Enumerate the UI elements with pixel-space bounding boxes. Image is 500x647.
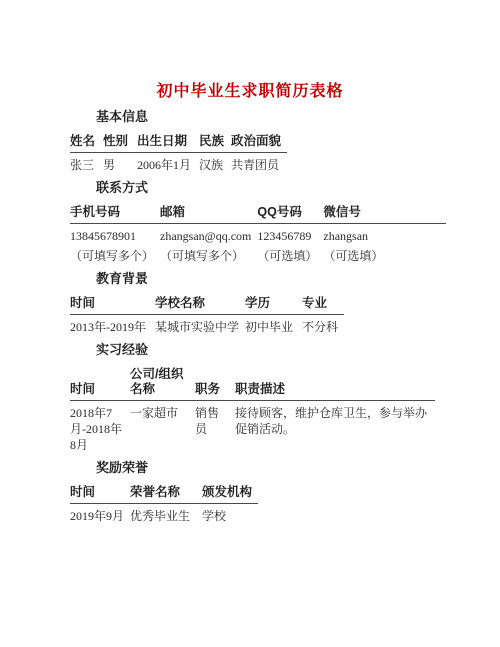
column-header-company: 公司/组织名称 xyxy=(130,367,195,401)
cell-phone-hint: （可填写多个） xyxy=(70,244,160,264)
cell-qq: 123456789 xyxy=(257,224,323,245)
cell-honor: 优秀毕业生 xyxy=(130,504,202,525)
cell-degree: 初中毕业 xyxy=(245,315,302,336)
table-row: 2019年9月 优秀毕业生 学校 xyxy=(70,504,258,525)
cell-birthdate: 2006年1月 xyxy=(137,153,199,174)
document-title: 初中毕业生求职简历表格 xyxy=(0,84,500,100)
awards-table: 时间 荣誉名称 颁发机构 2019年9月 优秀毕业生 学校 xyxy=(70,485,258,524)
cell-school: 某城市实验中学 xyxy=(155,315,245,336)
column-header-honor: 荣誉名称 xyxy=(130,485,202,504)
column-header-school: 学校名称 xyxy=(155,296,245,315)
cell-position: 销售员 xyxy=(195,401,235,454)
table-header-row: 时间 公司/组织名称 职务 职责描述 xyxy=(70,367,435,401)
column-header-position: 职务 xyxy=(195,367,235,401)
cell-political: 共青团员 xyxy=(231,153,287,174)
cell-time: 2013年-2019年 xyxy=(70,315,155,336)
section-heading-awards: 奖励荣誉 xyxy=(96,461,500,474)
cell-gender: 男 xyxy=(103,153,137,174)
column-header-duty: 职责描述 xyxy=(235,367,435,401)
internship-table: 时间 公司/组织名称 职务 职责描述 2018年7月-2018年8月 一家超市 … xyxy=(70,367,435,453)
cell-time: 2018年7月-2018年8月 xyxy=(70,401,130,454)
cell-wechat: zhangsan xyxy=(323,224,446,245)
column-header-time: 时间 xyxy=(70,296,155,315)
section-heading-contact: 联系方式 xyxy=(96,181,500,194)
cell-wechat-hint: （可选填） xyxy=(323,244,446,264)
column-header-wechat: 微信号 xyxy=(323,205,446,224)
column-header-time: 时间 xyxy=(70,485,130,504)
table-row: 2018年7月-2018年8月 一家超市 销售员 接待顾客，维护仓库卫生，参与举… xyxy=(70,401,435,454)
column-header-phone: 手机号码 xyxy=(70,205,160,224)
section-heading-education: 教育背景 xyxy=(96,272,500,285)
section-heading-basic: 基本信息 xyxy=(96,110,500,123)
cell-company: 一家超市 xyxy=(130,401,195,454)
contact-table: 手机号码 邮箱 QQ号码 微信号 13845678901 zhangsan@qq… xyxy=(70,205,446,264)
column-header-name: 姓名 xyxy=(70,134,103,153)
column-header-issuer: 颁发机构 xyxy=(202,485,258,504)
column-header-major: 专业 xyxy=(302,296,344,315)
table-row: 2013年-2019年 某城市实验中学 初中毕业 不分科 xyxy=(70,315,344,336)
cell-qq-hint: （可选填） xyxy=(257,244,323,264)
basic-info-table: 姓名 性别 出生日期 民族 政治面貌 张三 男 2006年1月 汉族 共青团员 xyxy=(70,134,287,173)
column-header-qq: QQ号码 xyxy=(257,205,323,224)
cell-phone: 13845678901 xyxy=(70,224,160,245)
table-header-row: 时间 学校名称 学历 专业 xyxy=(70,296,344,315)
cell-ethnicity: 汉族 xyxy=(199,153,231,174)
cell-issuer: 学校 xyxy=(202,504,258,525)
column-header-degree: 学历 xyxy=(245,296,302,315)
column-header-birthdate: 出生日期 xyxy=(137,134,199,153)
table-row: 13845678901 zhangsan@qq.com 123456789 zh… xyxy=(70,224,446,245)
cell-time: 2019年9月 xyxy=(70,504,130,525)
resume-page: 初中毕业生求职简历表格 基本信息 姓名 性别 出生日期 民族 政治面貌 张三 男… xyxy=(0,0,500,647)
education-table: 时间 学校名称 学历 专业 2013年-2019年 某城市实验中学 初中毕业 不… xyxy=(70,296,344,335)
column-header-ethnicity: 民族 xyxy=(199,134,231,153)
cell-name: 张三 xyxy=(70,153,103,174)
column-header-email: 邮箱 xyxy=(160,205,257,224)
cell-email: zhangsan@qq.com xyxy=(160,224,257,245)
column-header-time: 时间 xyxy=(70,367,130,401)
section-heading-internship: 实习经验 xyxy=(96,343,500,356)
table-header-row: 时间 荣誉名称 颁发机构 xyxy=(70,485,258,504)
table-row: 张三 男 2006年1月 汉族 共青团员 xyxy=(70,153,287,174)
cell-duty: 接待顾客，维护仓库卫生，参与举办促销活动。 xyxy=(235,401,435,454)
column-header-gender: 性别 xyxy=(103,134,137,153)
table-header-row: 手机号码 邮箱 QQ号码 微信号 xyxy=(70,205,446,224)
cell-major: 不分科 xyxy=(302,315,344,336)
cell-email-hint: （可填写多个） xyxy=(160,244,257,264)
column-header-political: 政治面貌 xyxy=(231,134,287,153)
table-row-hints: （可填写多个） （可填写多个） （可选填） （可选填） xyxy=(70,244,446,264)
table-header-row: 姓名 性别 出生日期 民族 政治面貌 xyxy=(70,134,287,153)
